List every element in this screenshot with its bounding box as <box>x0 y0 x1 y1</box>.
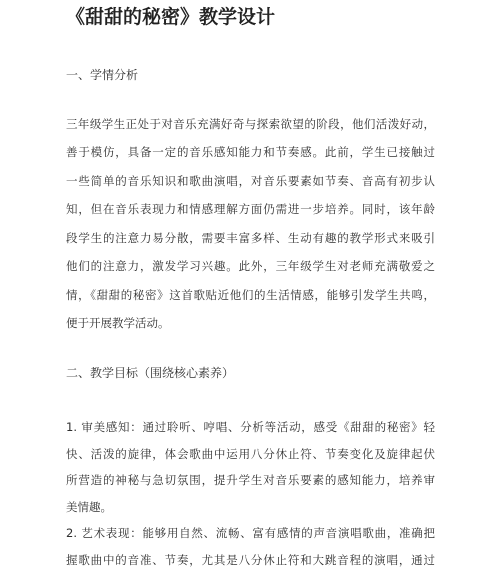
paragraph-line: 段学生的注意力易分散，需要丰富多样、生动有趣的教学形式来吸引 <box>66 224 435 253</box>
paragraph-line: 三年级学生正处于对音乐充满好奇与探索欲望的阶段，他们活泼好动， <box>66 110 435 139</box>
paragraph-line: 一些简单的音乐知识和歌曲演唱，对音乐要素如节奏、音高有初步认 <box>66 167 435 196</box>
goal-line: 所营造的神秘与急切氛围，提升学生对音乐要素的感知能力，培养审 <box>66 467 435 494</box>
document-body: 《甜甜的秘密》教学设计 一、学情分析 三年级学生正处于对音乐充满好奇与探索欲望的… <box>0 6 496 568</box>
document-page: 《甜甜的秘密》教学设计 一、学情分析 三年级学生正处于对音乐充满好奇与探索欲望的… <box>0 0 496 568</box>
document-title: 《甜甜的秘密》教学设计 <box>66 6 435 29</box>
goal-line: 快、活泼的旋律，体会歌曲中运用八分休止符、节奏变化及旋律起伏 <box>66 441 435 468</box>
paragraph-line: 他们的注意力，激发学习兴趣。此外，三年级学生对老师充满敬爱之 <box>66 252 435 281</box>
section-heading-teaching-goals: 二、教学目标（围绕核心素养） <box>66 359 435 388</box>
learning-analysis-paragraph: 三年级学生正处于对音乐充满好奇与探索欲望的阶段，他们活泼好动， 善于模仿，具备一… <box>66 110 435 338</box>
goal-item-aesthetic-perception: 1. 审美感知：通过聆听、哼唱、分析等活动，感受《甜甜的秘密》轻 快、活泼的旋律… <box>66 414 435 520</box>
paragraph-line: 善于模仿，具备一定的音乐感知能力和节奏感。此前，学生已接触过 <box>66 138 435 167</box>
teaching-goals-list: 1. 审美感知：通过聆听、哼唱、分析等活动，感受《甜甜的秘密》轻 快、活泼的旋律… <box>66 414 435 568</box>
goal-line: 美情趣。 <box>66 494 435 521</box>
goal-line: 2. 艺术表现：能够用自然、流畅、富有感情的声音演唱歌曲，准确把 <box>66 520 435 547</box>
goal-line: 1. 审美感知：通过聆听、哼唱、分析等活动，感受《甜甜的秘密》轻 <box>66 414 435 441</box>
goal-item-artistic-expression: 2. 艺术表现：能够用自然、流畅、富有感情的声音演唱歌曲，准确把 握歌曲中的音准… <box>66 520 435 568</box>
paragraph-line: 知，但在音乐表现力和情感理解方面仍需进一步培养。同时，该年龄 <box>66 195 435 224</box>
goal-line: 握歌曲中的音准、节奏，尤其是八分休止符和大跳音程的演唱，通过 <box>66 547 435 568</box>
paragraph-line: 情，《甜甜的秘密》这首歌贴近他们的生活情感，能够引发学生共鸣， <box>66 281 435 310</box>
paragraph-line: 便于开展教学活动。 <box>66 309 435 338</box>
section-heading-learning-analysis: 一、学情分析 <box>66 61 435 90</box>
